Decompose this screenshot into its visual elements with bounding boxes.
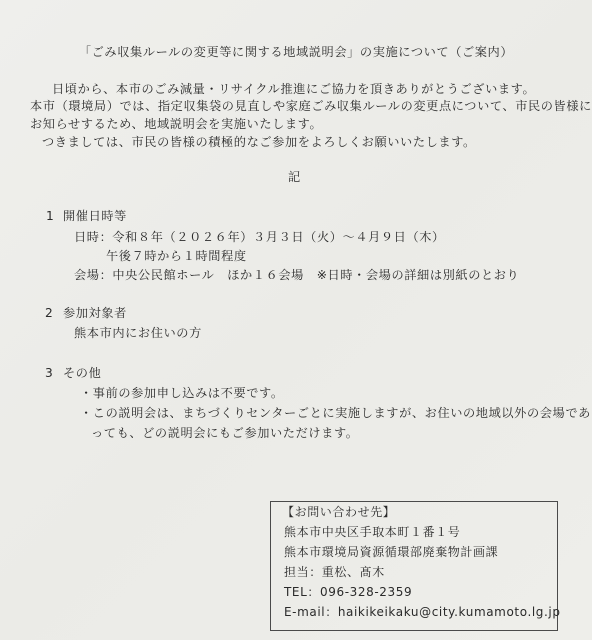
intro-line-3: お知らせするため、地域説明会を実施いたします。	[30, 116, 322, 132]
contact-person: 担当：重松、髙木	[284, 564, 385, 580]
section-1-datetime: 日時：令和８年（２０２６年）３月３日（火）～４月９日（木）	[74, 229, 445, 245]
section-2-number: 2	[45, 305, 53, 321]
contact-address: 熊本市中央区手取本町１番１号	[284, 524, 460, 540]
section-1-venue: 会場：中央公民館ホール ほか１６会場 ※日時・会場の詳細は別紙のとおり	[74, 267, 519, 283]
intro-line-2: 本市（環境局）では、指定収集袋の見直しや家庭ごみ収集ルールの変更点について、市民…	[30, 98, 592, 114]
section-1-number: 1	[46, 208, 54, 224]
intro-line-4: つきましては、市民の皆様の積極的なご参加をよろしくお願いいたします。	[42, 134, 476, 150]
section-3-number: 3	[45, 365, 53, 381]
section-3-note-1: ・事前の参加申し込みは不要です。	[80, 385, 284, 401]
section-1-heading: 開催日時等	[63, 208, 127, 224]
section-3-heading: その他	[63, 365, 101, 381]
section-2-target: 熊本市内にお住いの方	[74, 325, 202, 341]
intro-line-1: 日頃から、本市のごみ減量・リサイクル推進にご協力を頂きありがとうございます。	[52, 81, 535, 97]
section-2-heading: 参加対象者	[63, 305, 127, 321]
section-3-note-2-cont: っても、どの説明会にもご参加いただけます。	[91, 425, 359, 441]
document-title: 「ごみ収集ルールの変更等に関する地域説明会」の実施について（ご案内）	[0, 44, 592, 60]
section-3-note-2: ・この説明会は、まちづくりセンターごとに実施しますが、お住いの地域以外の会場であ	[80, 405, 591, 421]
contact-department: 熊本市環境局資源循環部廃棄物計画課	[284, 544, 498, 560]
ki-heading: 記	[288, 169, 301, 185]
contact-email: E-mail：haikikeikaku@city.kumamoto.lg.jp	[284, 604, 561, 620]
contact-heading: 【お問い合わせ先】	[282, 504, 395, 520]
contact-tel: TEL：096-328-2359	[284, 584, 412, 600]
document-page: 「ごみ収集ルールの変更等に関する地域説明会」の実施について（ご案内） 日頃から、…	[0, 0, 592, 640]
section-1-time: 午後７時から１時間程度	[106, 248, 247, 264]
contact-box: 【お問い合わせ先】 熊本市中央区手取本町１番１号 熊本市環境局資源循環部廃棄物計…	[270, 501, 558, 631]
